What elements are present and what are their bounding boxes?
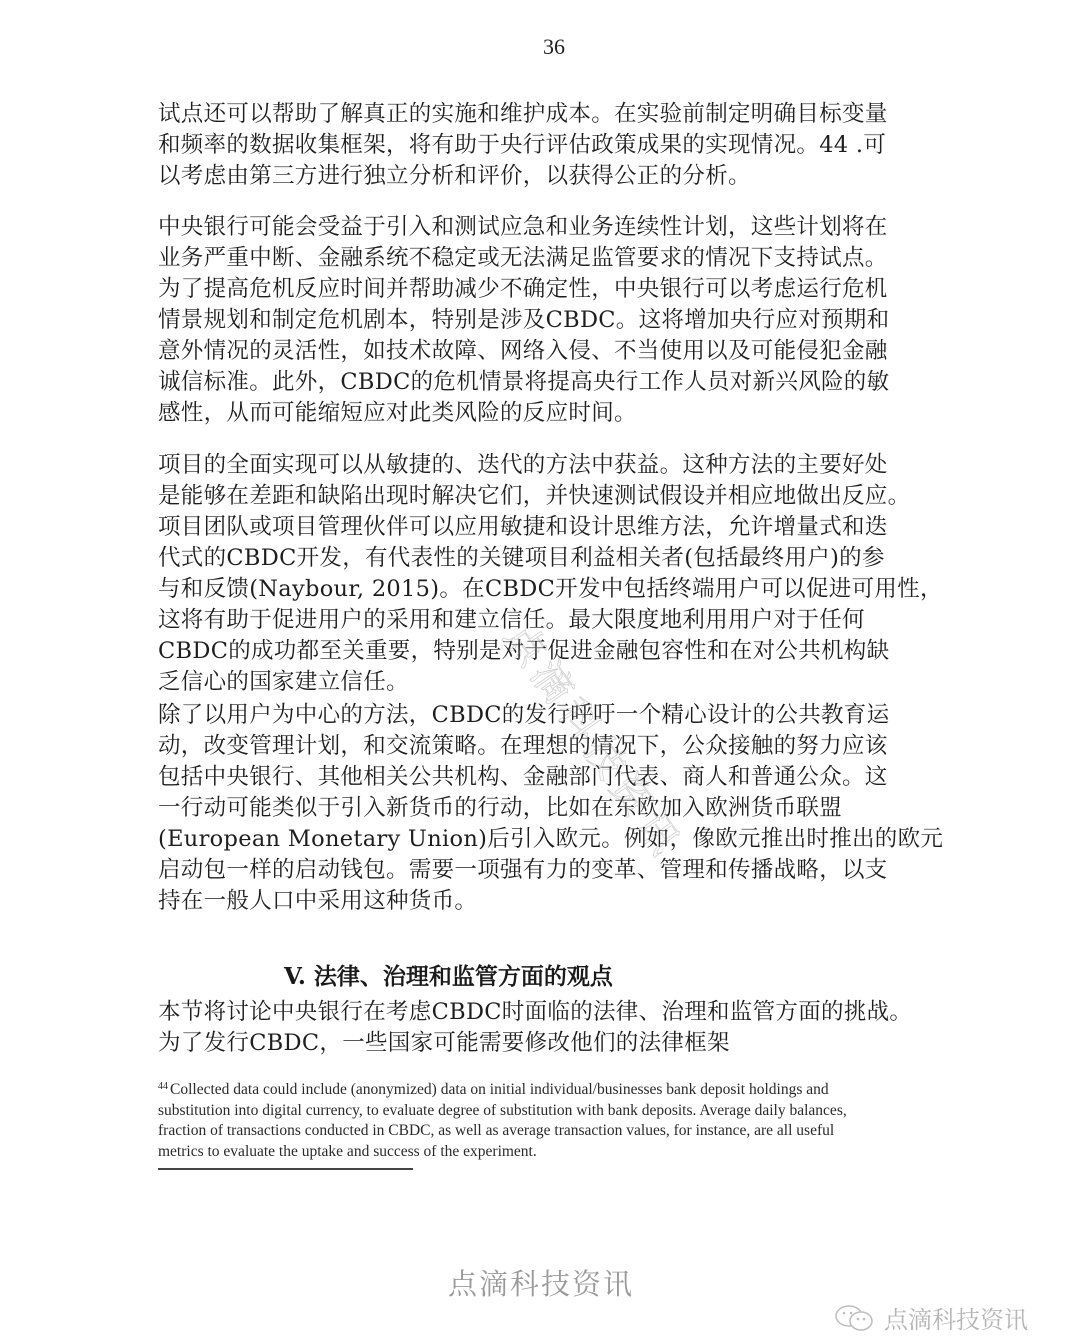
text-line: 乏信心的国家建立信任。 <box>158 667 970 698</box>
text-line: 包括中央银行、其他相关公共机构、金融部门代表、商人和普通公众。这 <box>158 762 970 793</box>
text-line: 中央银行可能会受益于引入和测试应急和业务连续性计划，这些计划将在 <box>158 212 970 243</box>
paragraph-2: 中央银行可能会受益于引入和测试应急和业务连续性计划，这些计划将在 业务严重中断、… <box>158 212 970 429</box>
paragraph-4: 除了以用户为中心的方法，CBDC的发行呼吁一个精心设计的公共教育运 动，改变管理… <box>158 700 970 917</box>
wechat-icon <box>832 1303 878 1333</box>
corner-watermark: 点滴科技资讯 <box>832 1300 1028 1335</box>
text-line: 和频率的数据收集框架，将有助于央行评估政策成果的实现情况。44 .可 <box>158 130 970 161</box>
text-line: 除了以用户为中心的方法，CBDC的发行呼吁一个精心设计的公共教育运 <box>158 700 970 731</box>
text-line: 业务严重中断、金融系统不稳定或无法满足监管要求的情况下支持试点。 <box>158 243 970 274</box>
text-line: 代式的CBDC开发，有代表性的关键项目利益相关者(包括最终用户)的参 <box>158 543 970 574</box>
footnote: 44Collected data could include (anonymiz… <box>158 1077 978 1162</box>
text-line: 试点还可以帮助了解真正的实施和维护成本。在实验前制定明确目标变量 <box>158 99 970 130</box>
bottom-watermark: 点滴科技资讯 <box>448 1262 634 1303</box>
text-line: 本节将讨论中央银行在考虑CBDC时面临的法律、治理和监管方面的挑战。 <box>158 997 970 1028</box>
text-line: 项目的全面实现可以从敏捷的、迭代的方法中获益。这种方法的主要好处 <box>158 450 970 481</box>
footnote-line: metrics to evaluate the uptake and succe… <box>158 1142 978 1163</box>
text-line: 诚信标准。此外，CBDC的危机情景将提高央行工作人员对新兴风险的敏 <box>158 367 970 398</box>
paragraph-3: 项目的全面实现可以从敏捷的、迭代的方法中获益。这种方法的主要好处 是能够在差距和… <box>158 450 970 698</box>
text-line: 为了提高危机反应时间并帮助减少不确定性，中央银行可以考虑运行危机 <box>158 274 970 305</box>
text-line: 意外情况的灵活性，如技术故障、网络入侵、不当使用以及可能侵犯金融 <box>158 336 970 367</box>
footnote-divider <box>158 1168 413 1170</box>
text-line: CBDC的成功都至关重要，特别是对于促进金融包容性和在对公共机构缺 <box>158 636 970 667</box>
text-line: 启动包一样的启动钱包。需要一项强有力的变革、管理和传播战略，以支 <box>158 855 970 886</box>
text-line: 这将有助于促进用户的采用和建立信任。最大限度地利用用户对于任何 <box>158 605 970 636</box>
section-heading: V. 法律、治理和监管方面的观点 <box>284 958 613 991</box>
text-line: 为了发行CBDC，一些国家可能需要修改他们的法律框架 <box>158 1028 970 1059</box>
footnote-line: 44Collected data could include (anonymiz… <box>158 1077 978 1101</box>
footnote-marker: 44 <box>158 1081 168 1092</box>
text-line: 项目团队或项目管理伙伴可以应用敏捷和设计思维方法，允许增量式和迭 <box>158 512 970 543</box>
paragraph-5: 本节将讨论中央银行在考虑CBDC时面临的法律、治理和监管方面的挑战。 为了发行C… <box>158 997 970 1059</box>
text-line: 持在一般人口中采用这种货币。 <box>158 886 970 917</box>
text-line: 是能够在差距和缺陷出现时解决它们，并快速测试假设并相应地做出反应。 <box>158 481 970 512</box>
text-line: 以考虑由第三方进行独立分析和评价，以获得公正的分析。 <box>158 161 970 192</box>
text-line: 情景规划和制定危机剧本，特别是涉及CBDC。这将增加央行应对预期和 <box>158 305 970 336</box>
text-line: 一行动可能类似于引入新货币的行动，比如在东欧加入欧洲货币联盟 <box>158 793 970 824</box>
text-line: 感性，从而可能缩短应对此类风险的反应时间。 <box>158 398 970 429</box>
text-line: (European Monetary Union)后引入欧元。例如，像欧元推出时… <box>158 824 970 855</box>
text-line: 动，改变管理计划，和交流策略。在理想的情况下，公众接触的努力应该 <box>158 731 970 762</box>
paragraph-1: 试点还可以帮助了解真正的实施和维护成本。在实验前制定明确目标变量 和频率的数据收… <box>158 99 970 192</box>
text-line: 与和反馈(Naybour, 2015)。在CBDC开发中包括终端用户可以促进可用… <box>158 574 970 605</box>
footnote-line: substitution into digital currency, to e… <box>158 1101 978 1122</box>
corner-watermark-text: 点滴科技资讯 <box>884 1300 1028 1335</box>
footnote-line: fraction of transactions conducted in CB… <box>158 1121 978 1142</box>
page-number: 36 <box>0 34 1080 60</box>
